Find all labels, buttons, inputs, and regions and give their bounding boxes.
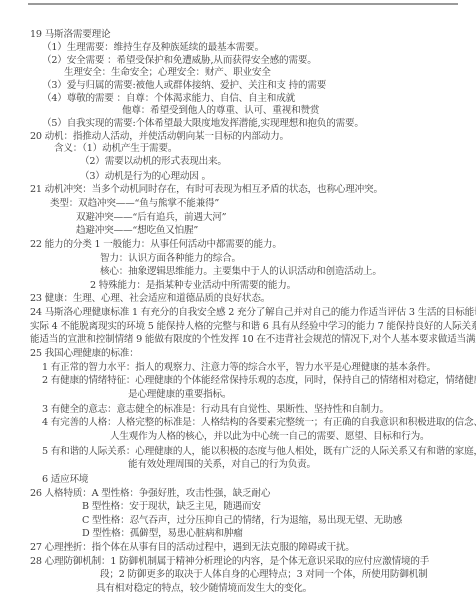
text-line: 23 健康：生理、心理、社会适应和道德品质的良好状态。 (30, 293, 270, 305)
text-line: 生理安全：生命安全；心理安全：财产、职业安全 (64, 67, 271, 79)
text-line: 他尊：希望受到他人的尊重、认可、重视和赞赏 (122, 105, 319, 117)
text-line: 趋避冲突——“想吃鱼又怕腥” (76, 225, 198, 237)
text-line: 19 马斯洛需要理论 (30, 29, 110, 41)
text-line: 1 有正常的智力水平：指人的观察力、注意力等的综合水平，智力水平是心理健康的基本… (42, 362, 436, 374)
text-line: 27 心理挫折：指个体在从事有目的活动过程中，遇到无法克服的障碍或干扰。 (30, 542, 355, 554)
text-line: 25 我国心理健康的标准： (30, 348, 139, 360)
text-line: B 型性格：安于现状，缺乏主见，随遇而安 (82, 501, 261, 513)
text-line: 3 有健全的意志：意志健全的标准是：行动具有自觉性、果断性、坚持性和自制力。 (42, 404, 389, 416)
text-line: 是心理健康的重要指标。 (128, 389, 231, 401)
text-line: 2 特殊能力：是指某种专业活动中所需要的能力。 (90, 280, 296, 292)
text-line: 26 人格特质：A 型性格：争强好胜，攻击性强，缺乏耐心 (30, 488, 270, 500)
text-line: 6 适应环境 (42, 474, 88, 486)
text-line: 核心：抽象逻辑思维能力。主要集中于人的认识活动和创造活动上。 (100, 266, 382, 278)
text-line: 21 动机冲突：当多个动机同时存在，有时可表现为相互矛盾的状态，也称心理冲突。 (30, 184, 383, 196)
text-line: 20 动机：指推动人活动，并使活动朝向某一目标的内部动力。 (30, 131, 289, 143)
text-line: 具有相对稳定的特点，较少随情境而发生大的变化。 (96, 583, 312, 595)
text-line: 5 有和谐的人际关系：心理健康的人，能以积极的态度与他人相处，既有广泛的人际关系… (42, 446, 476, 458)
text-line: 22 能力的分类 1 一般能力：从事任何活动中都需要的能力。 (30, 239, 282, 251)
text-line: （4）尊敬的需要 ：自尊：个体渴求能力、自信、自主和成就 (42, 93, 295, 105)
text-line: （3）爱与归属的需要:被他人或群体接纳、爱护、关注和支 持的需要 (42, 80, 326, 92)
text-line: 能有效处理周围的关系，对自己的行为负责。 (128, 459, 316, 471)
text-line: （2）安全需要 ：希望受保护和免遭威胁,从而获得安全感的需要。 (42, 55, 317, 67)
text-line: 24 马斯洛心理健康标准 1 有充分的自我安全感 2 充分了解自己并对自己的能力… (30, 307, 476, 319)
text-line: （5）自我实现的需要:个体希望最大限度地发挥潜能,实现理想和抱负的需要。 (42, 118, 364, 130)
text-line: 28 心理防御机制：1 防御机制属于精神分析理论的内容，是个体无意识采取的应付应… (30, 556, 429, 568)
text-line: 段；2 防御更多的取决于人体自身的心理特点；3 对同一个体，所使用防御机制 (100, 569, 428, 581)
text-line: 双避冲突——“后有追兵，前遇大河” (76, 212, 226, 224)
text-line: 智力：认识方面各种能力的综合。 (100, 253, 241, 265)
text-line: C 型性格：忍气吞声，过分压抑自己的情绪，行为退缩，易出现无望、无助感 (82, 515, 402, 527)
text-line: 含义：（1）动机产生于需要。 (54, 143, 177, 155)
text-line: （3）动机是行为的心理动因 。 (80, 171, 211, 183)
text-line: 4 有完善的人格：人格完整的标准是：人格结构的各要素完整统一；有正确的自我意识和… (42, 417, 476, 429)
text-line: （2）需要以动机的形式表现出来。 (80, 156, 227, 168)
text-line: 实际 4 不能脱离现实的环境 5 能保持人格的完整与和谐 6 具有从经验中学习的… (30, 321, 476, 333)
text-line: （1）生理需要：维持生存及种族延续的最基本需要。 (42, 42, 264, 54)
text-line: D 型性格：孤僻型，易患心脏病和肿瘤 (82, 528, 243, 540)
text-line: 类型：双趋冲突——“鱼与熊掌不能兼得” (50, 198, 219, 210)
top-rule (28, 3, 458, 5)
text-line: 2 有健康的情绪特征：心理健康的个体能经常保持乐观的态度，同时，保持自己的情绪相… (42, 375, 476, 387)
text-line: 能适当的宣泄和控制情绪 9 能做有限度的个性发挥 10 在不违背社会规范的情况下… (30, 334, 476, 346)
text-line: 人生观作为人格的核心，并以此为中心统一自己的需要、愿望、目标和行为。 (110, 431, 429, 443)
